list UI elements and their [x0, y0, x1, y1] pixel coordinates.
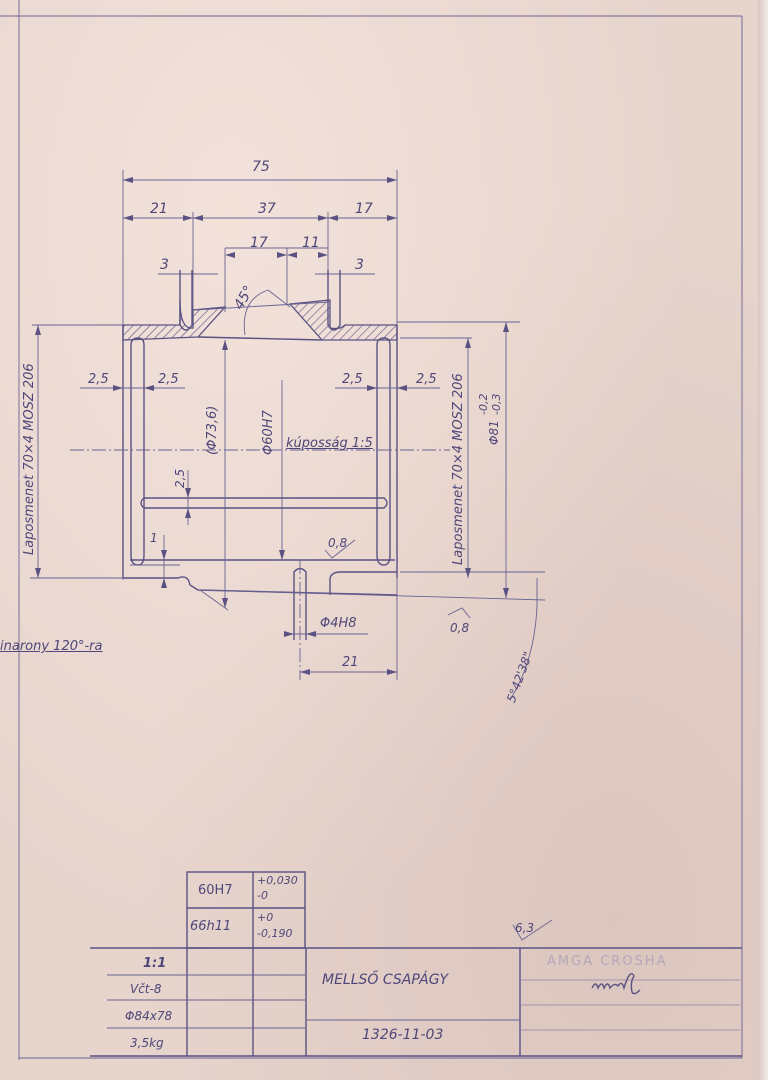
left-thread-dimension [32, 325, 123, 578]
technical-drawing [0, 0, 768, 1080]
tolerance-lower-2: -0,190 [257, 928, 292, 939]
dim-overall-width: 75 [252, 160, 270, 174]
dim-groove-left: 3 [160, 258, 169, 272]
dim-inner-left: 17 [250, 236, 268, 250]
taper-note: kúposság 1:5 [286, 437, 373, 450]
surface-finish-outer: 0,8 [450, 622, 469, 634]
title-stamp: AMGA CROSHA [547, 955, 667, 968]
dim-inner-right: 11 [302, 236, 320, 250]
title-blank-size: Φ84x78 [125, 1010, 172, 1022]
title-scale: 1:1 [143, 957, 166, 970]
dim-outer-diameter-tol-upper: -0,2 [478, 394, 489, 415]
dim-groove-right: 3 [355, 258, 364, 272]
dim-diameter-bore: Φ60H7 [262, 410, 275, 455]
dim-rib-height: 2,5 [174, 469, 186, 488]
dim-right-segment: 17 [355, 202, 373, 216]
title-part-name: MELLSŐ CSAPÁGY [322, 973, 448, 987]
tolerance-lower-1: -0 [257, 890, 268, 901]
frame-border [0, 0, 742, 1060]
title-material: Včt-8 [130, 983, 161, 995]
title-drawing-number: 1326-11-03 [362, 1028, 443, 1042]
dim-pin-offset: 21 [342, 656, 359, 669]
dim-outer-diameter-tol-lower: -0,3 [491, 394, 502, 415]
title-surface-roughness: 6,3 [515, 922, 534, 934]
drilling-note: inarony 120°-ra [0, 640, 103, 653]
tolerance-fit-2: 66h11 [190, 920, 231, 933]
tolerance-fit-1: 60H7 [198, 884, 233, 897]
dim-wall-left-inner: 2,5 [158, 373, 179, 386]
dim-left-segment: 21 [150, 202, 168, 216]
dim-wall-right-inner: 2,5 [342, 373, 363, 386]
thread-note-right: Laposmenet 70×4 MOSZ 206 [452, 373, 465, 565]
tolerance-upper-2: +0 [257, 912, 273, 923]
tolerance-upper-1: +0,030 [257, 875, 298, 886]
dim-step-height: 1 [150, 532, 158, 544]
surface-finish-inner: 0,8 [328, 537, 347, 549]
thread-note-left: Laposmenet 70×4 MOSZ 206 [23, 363, 36, 555]
signature-icon [590, 968, 650, 1002]
dim-pin-hole: Φ4H8 [320, 617, 357, 630]
dim-middle-segment: 37 [258, 202, 276, 216]
dim-diameter-reference: (Φ73,6) [206, 406, 219, 455]
dim-wall-right-outer: 2,5 [416, 373, 437, 386]
dim-wall-left-outer: 2,5 [88, 373, 109, 386]
dim-outer-diameter: Φ81 [488, 420, 500, 445]
title-weight: 3,5kg [130, 1037, 164, 1049]
